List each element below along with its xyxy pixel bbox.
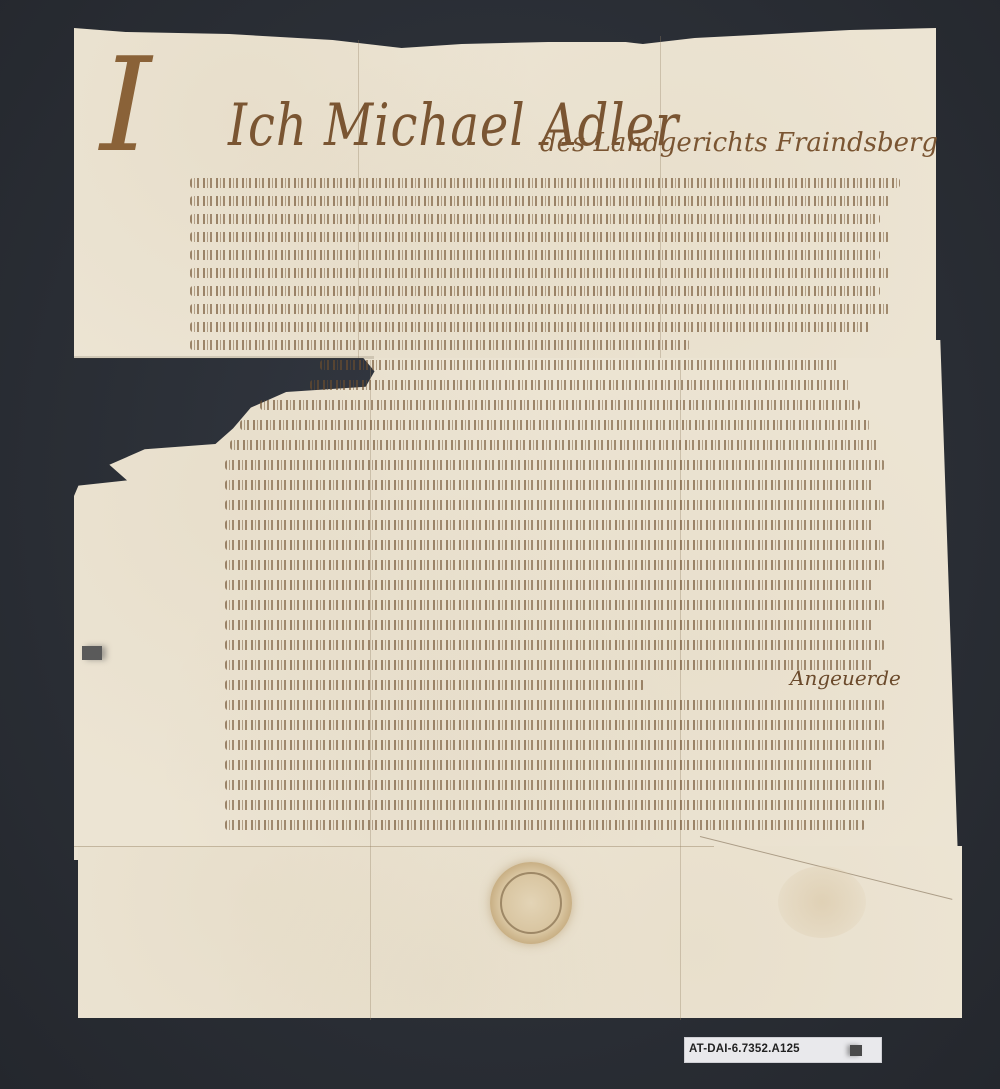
catalog-label: AT-DAI-6.7352.A125 [684, 1037, 882, 1063]
color-reference-chip [82, 646, 102, 660]
label-reference-chip [850, 1045, 862, 1056]
fold-line [74, 846, 714, 847]
marginal-note: Angeuerde [790, 666, 901, 690]
fold-line [370, 360, 371, 1020]
document-heading-office: des Landgerichts Fraindsberg [540, 128, 938, 158]
fold-line [680, 360, 681, 1020]
catalog-signature: AT-DAI-6.7352.A125 [689, 1043, 800, 1055]
seal-offset-stain [778, 866, 866, 938]
fold-shadow [74, 356, 374, 359]
paper-seal [490, 862, 572, 944]
decorated-initial: I [100, 40, 151, 170]
seal-ring [500, 872, 562, 934]
